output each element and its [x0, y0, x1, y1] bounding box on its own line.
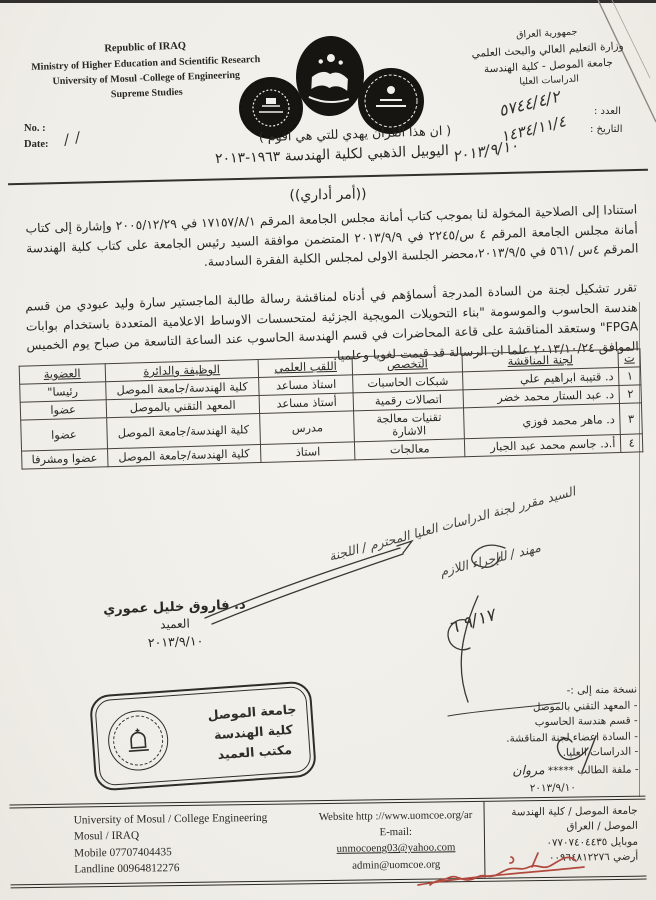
stamp-emblem-icon — [106, 709, 170, 773]
copies-item: - ملفة الطالب ***** مروان — [466, 760, 638, 780]
scanned-letter-page: Republic of IRAQ Ministry of Higher Educ… — [0, 0, 656, 900]
cell-specialty: معالجات — [355, 439, 465, 460]
number-label-ar: العدد : — [594, 106, 621, 117]
cell-index: ٣ — [620, 403, 642, 435]
open-book-seal-icon — [294, 34, 366, 117]
cell-name: د. ماهر محمد فوزي — [463, 403, 620, 438]
dean-office-stamp: جامعة الموصل كلية الهندسة مكتب العميد — [89, 680, 317, 791]
footer-english-block: University of Mosul / College Engineerin… — [10, 804, 309, 884]
col-membership: العضوية — [19, 364, 105, 384]
cell-position: كلية الهندسة/جامعة الموصل — [106, 413, 260, 448]
cell-index: ١ — [619, 367, 641, 386]
committee-table-wrap: ت لجنة المناقشة التخصص اللقب العلمي الوظ… — [20, 357, 642, 461]
date-label-ar: التاريخ : — [590, 124, 623, 135]
copies-item-text: - ملفة الطالب ***** — [548, 763, 639, 777]
committee-table: ت لجنة المناقشة التخصص اللقب العلمي الوظ… — [19, 348, 644, 469]
copies-list: نسخة منه إلى :- - المعهد التقني بالموصل … — [465, 683, 639, 798]
cell-membership: عضوا — [21, 418, 107, 451]
cell-membership: رئيسا" — [20, 382, 106, 402]
stamp-text: جامعة الموصل كلية الهندسة مكتب العميد — [207, 699, 300, 765]
footer-city-ar: الموصل / العراق — [493, 819, 638, 836]
red-ink-note — [390, 845, 590, 900]
dean-signature-block: د. فاروق خليل عموري العميد ٢٠١٣/٩/١٠ — [79, 597, 271, 653]
cell-name: أ.د. جاسم محمد عبد الجبار — [464, 434, 621, 456]
date-label: Date: — [24, 139, 49, 150]
footer-website[interactable]: Website http ://www.uomcoe.org/ar — [309, 807, 481, 826]
header-arabic-block: جمهورية العراق وزارة التعليم العالي والب… — [451, 22, 646, 94]
signature-scribbles — [0, 460, 656, 720]
cell-index: ٤ — [621, 434, 643, 453]
handwritten-student-name: مروان — [512, 762, 545, 778]
header-english-block: Republic of IRAQ Ministry of Higher Educ… — [19, 36, 273, 106]
cell-index: ٢ — [619, 385, 641, 404]
order-paragraph-1: استنادا إلى الصلاحية المخولة لنا بموجب ك… — [25, 200, 639, 278]
cell-specialty: تقنيات معالجة الاشارة — [354, 408, 464, 442]
cell-membership: عضوا — [20, 400, 106, 420]
footer-landline: Landline 00964812276 — [74, 858, 308, 878]
cell-title: مدرس — [260, 411, 355, 445]
no-label: No. : — [24, 123, 46, 134]
col-index: ت — [618, 349, 640, 368]
